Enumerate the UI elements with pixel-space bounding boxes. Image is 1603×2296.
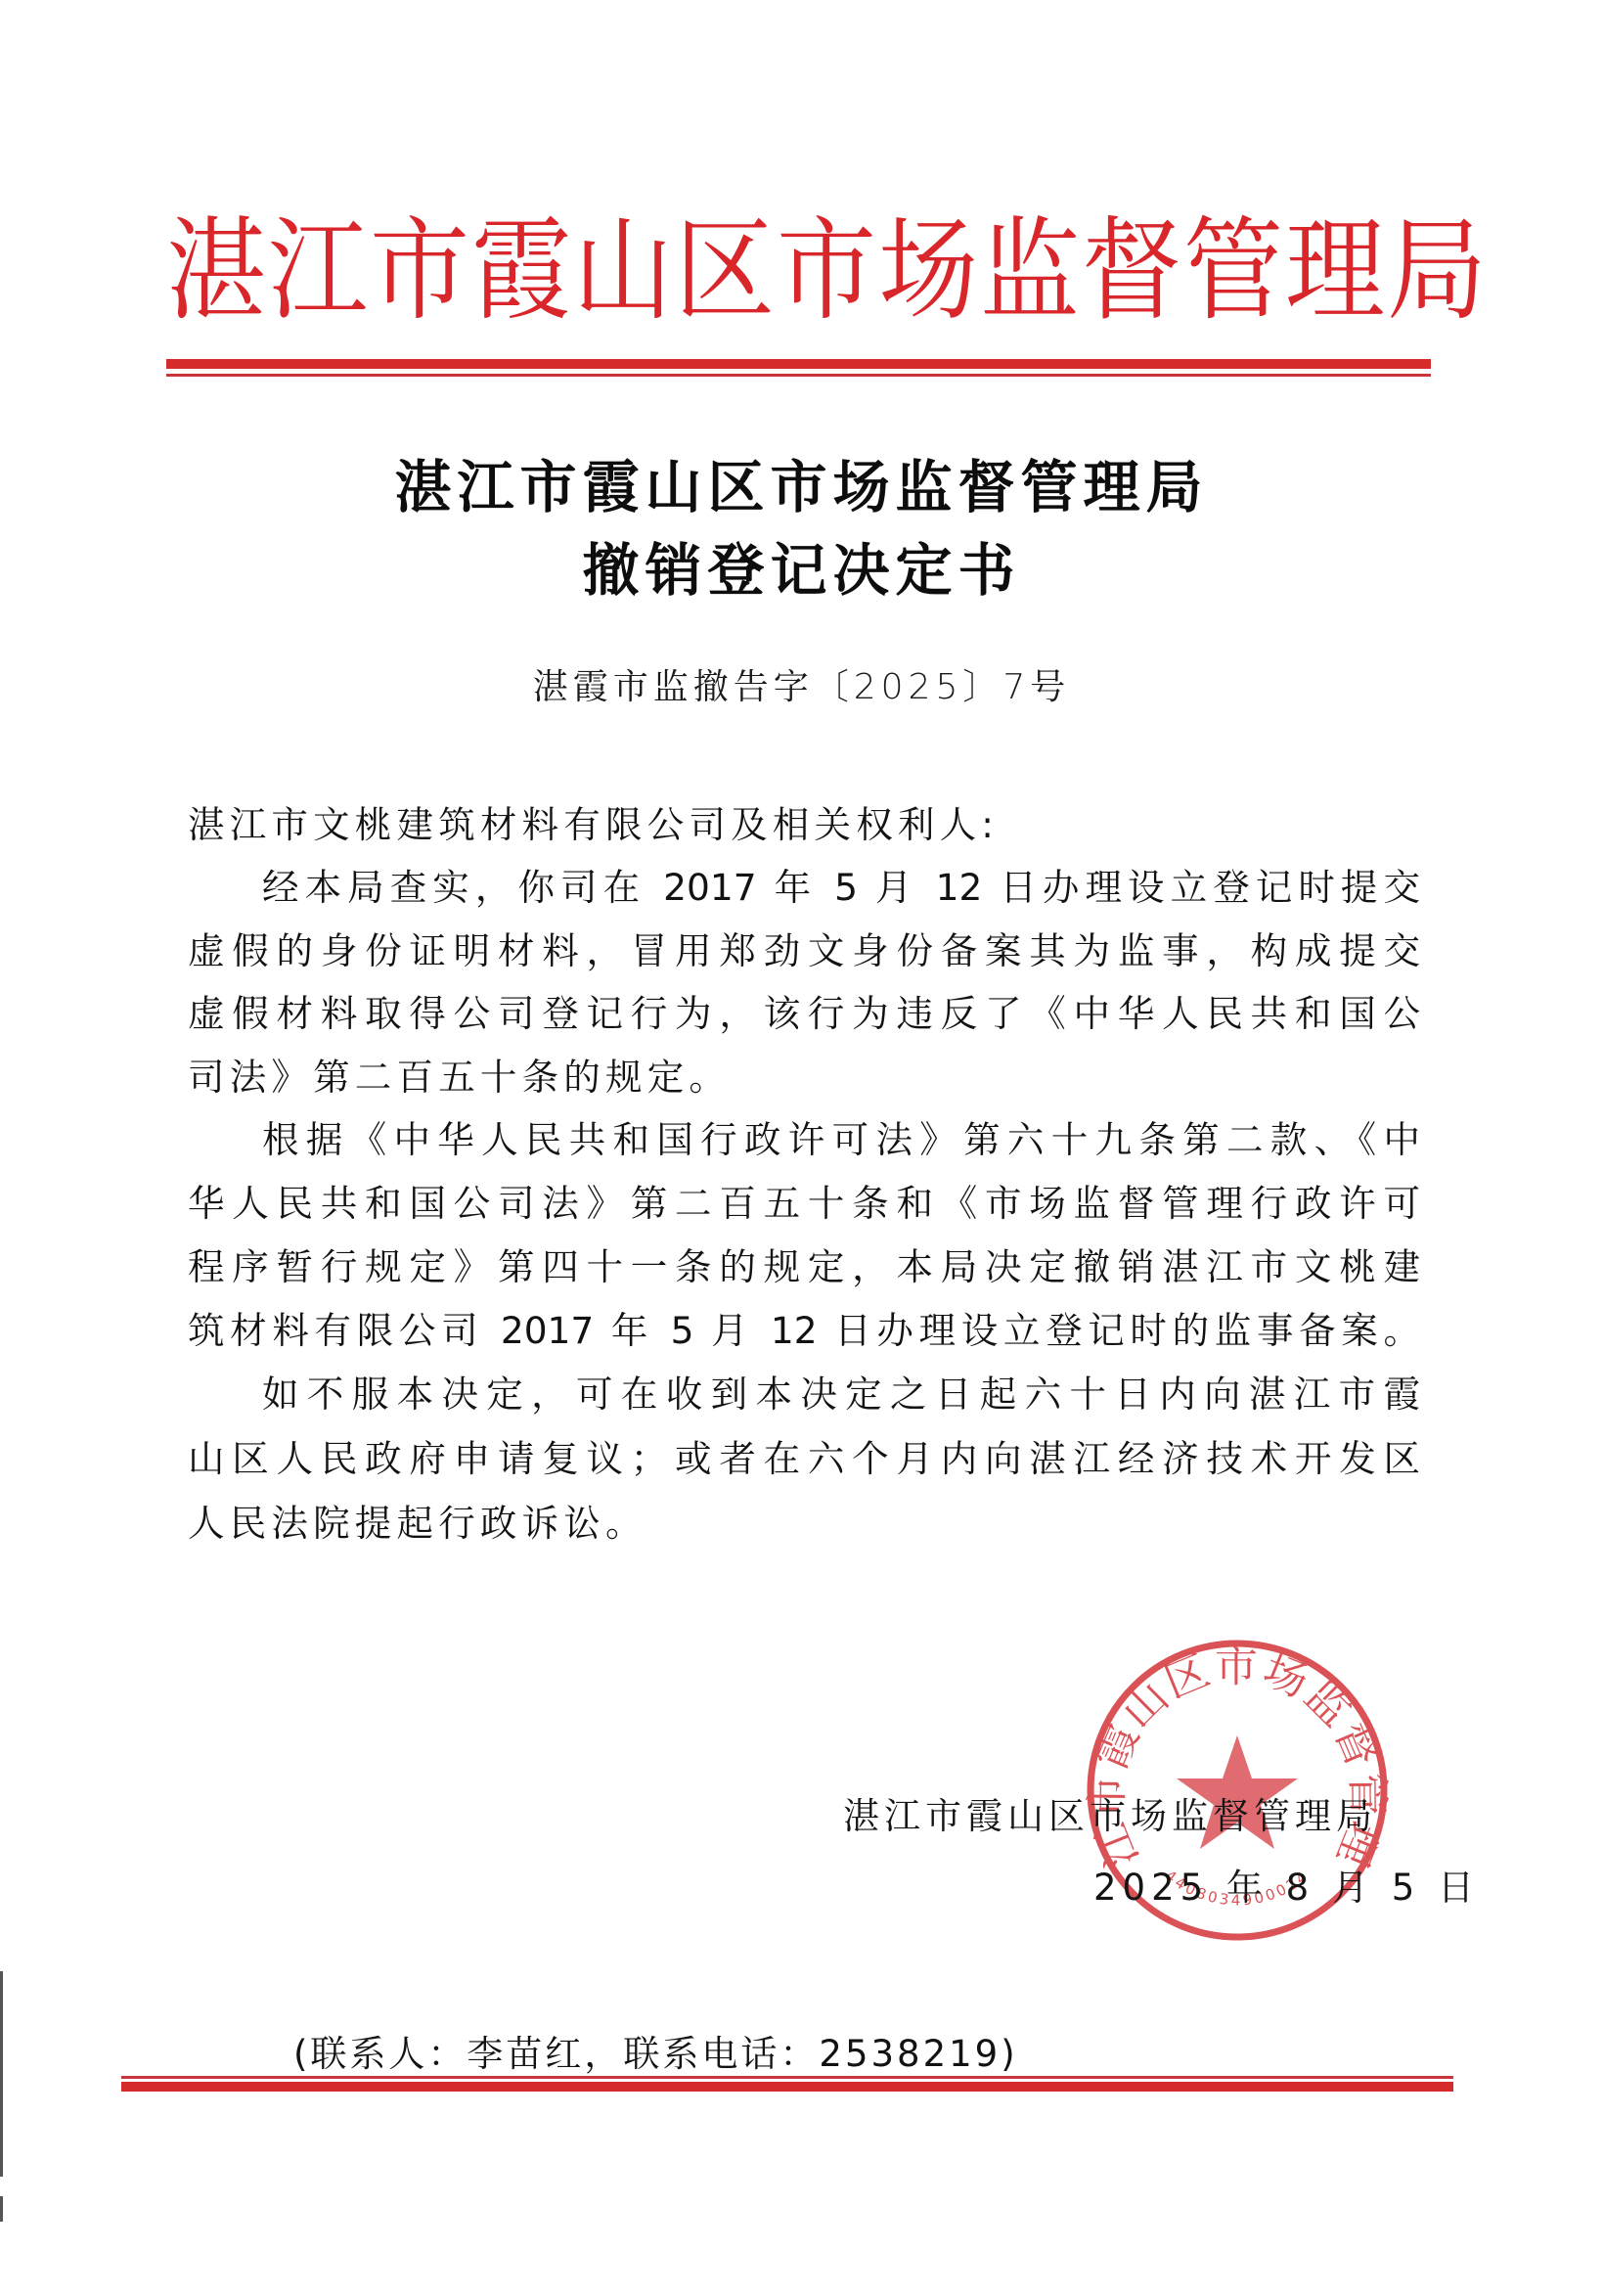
paragraph-1-line-4: 司法》第二百五十条的规定。 [188,1053,1420,1102]
paragraph-1-line-3: 虚假材料取得公司登记行为，该行为违反了《中华人民共和国公 [188,989,1420,1038]
paragraph-2-line-1: 根据《中华人民共和国行政许可法》第六十九条第二款、《中 [262,1115,1420,1164]
letterhead-masthead: 湛江市霞山区市场监督管理局 [166,206,1431,338]
paragraph-2-line-3: 程序暂行规定》第四十一条的规定，本局决定撤销湛江市文桃建 [188,1242,1420,1291]
paragraph-3-line-1: 如不服本决定，可在收到本决定之日起六十日内向湛江市霞 [262,1370,1420,1418]
header-rule-thick [166,359,1431,369]
document-number: 湛霞市监撤告字〔2025〕7号 [0,663,1603,712]
paragraph-2-line-2: 华人民共和国公司法》第二百五十条和《市场监督管理行政许可 [188,1179,1420,1228]
issue-date: 2025 年 8 月 5 日 [1093,1864,1480,1913]
document-title-line1: 湛江市霞山区市场监督管理局 [0,448,1603,526]
paragraph-3-line-2: 山区人民政府申请复议；或者在六个月内向湛江经济技术开发区 [188,1434,1420,1483]
paragraph-2-line-4: 筑材料有限公司 2017 年 5 月 12 日办理设立登记时的监事备案。 [188,1306,1420,1355]
footer-rule-thin [121,2076,1453,2079]
contact-info: (联系人：李苗红，联系电话：2538219) [293,2030,1018,2079]
header-rule-thin [166,374,1431,377]
paragraph-3-line-3: 人民法院提起行政诉讼。 [188,1499,1420,1548]
scan-edge-mark [0,1971,3,2177]
paragraph-1-line-2: 虚假的身份证明材料，冒用郑劲文身份备案其为监事，构成提交 [188,926,1420,975]
footer-rule-thick [121,2082,1453,2092]
document-title-line2: 撤销登记决定书 [0,531,1603,609]
addressee: 湛江市文桃建筑材料有限公司及相关权利人: [188,800,1420,849]
scan-edge-mark [0,2196,3,2222]
issuer-signature: 湛江市霞山区市场监督管理局 [843,1792,1377,1841]
paragraph-1-line-1: 经本局查实，你司在 2017 年 5 月 12 日办理设立登记时提交 [262,863,1420,912]
